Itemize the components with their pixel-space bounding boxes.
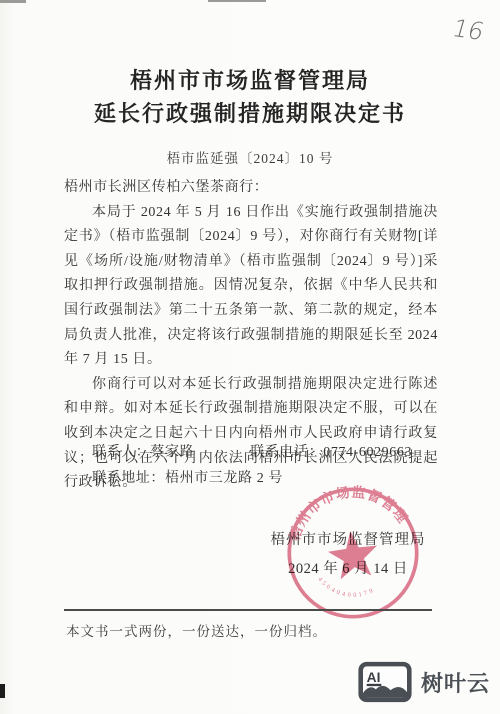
watermark-brand-text: 树叶云 (421, 667, 490, 698)
body-paragraph-1: 本局于 2024 年 5 月 16 日作出《实施行政强制措施决定书》（梧市监强制… (64, 201, 438, 373)
contact-info: 联系人：蔡家路联系电话：0774-6029663 联系地址：梧州市三龙路 2 号 (92, 440, 452, 492)
scan-artifact (208, 0, 266, 2)
contact-phone-value: 0774-6029663 (323, 445, 412, 460)
scan-artifact (0, 684, 5, 698)
issuing-authority: 梧州市市场监督管理局 (258, 529, 438, 551)
logo-ai-text: AI (367, 670, 381, 685)
leaf-cloud-logo-icon: AI (356, 660, 414, 704)
contact-address-label: 联系地址： (92, 471, 165, 486)
contact-person-label: 联系人： (92, 445, 150, 460)
title-line-2: 延长行政强制措施期限决定书 (0, 97, 500, 130)
contact-address-row: 联系地址：梧州市三龙路 2 号 (92, 466, 452, 492)
contact-person-row: 联系人：蔡家路联系电话：0774-6029663 (92, 440, 452, 466)
signature-block: 梧州市市场监督管理局 2024 年 6 月 14 日 (258, 529, 438, 580)
scanned-document-page: 16 梧州市市场监督管理局 延长行政强制措施期限决定书 梧市监延强〔2024〕1… (0, 0, 500, 714)
issue-date: 2024 年 6 月 14 日 (258, 558, 438, 580)
footer-note: 本文书一式两份，一份送达，一份归档。 (66, 620, 327, 640)
scan-artifact (0, 0, 26, 3)
footer-divider (64, 609, 432, 611)
handwritten-page-number: 16 (450, 14, 488, 45)
title-line-1: 梧州市市场监督管理局 (0, 64, 500, 97)
document-title: 梧州市市场监督管理局 延长行政强制措施期限决定书 (0, 64, 500, 130)
contact-person-value: 蔡家路 (150, 445, 194, 460)
recipient-line: 梧州市长洲区传柏六堡茶商行： (64, 176, 438, 201)
document-reference-number: 梧市监延强〔2024〕10 号 (0, 147, 500, 167)
contact-phone-label: 联系电话： (250, 445, 323, 460)
contact-address-value: 梧州市三龙路 2 号 (165, 471, 283, 486)
watermark-logo: AI 树叶云 (356, 660, 490, 704)
